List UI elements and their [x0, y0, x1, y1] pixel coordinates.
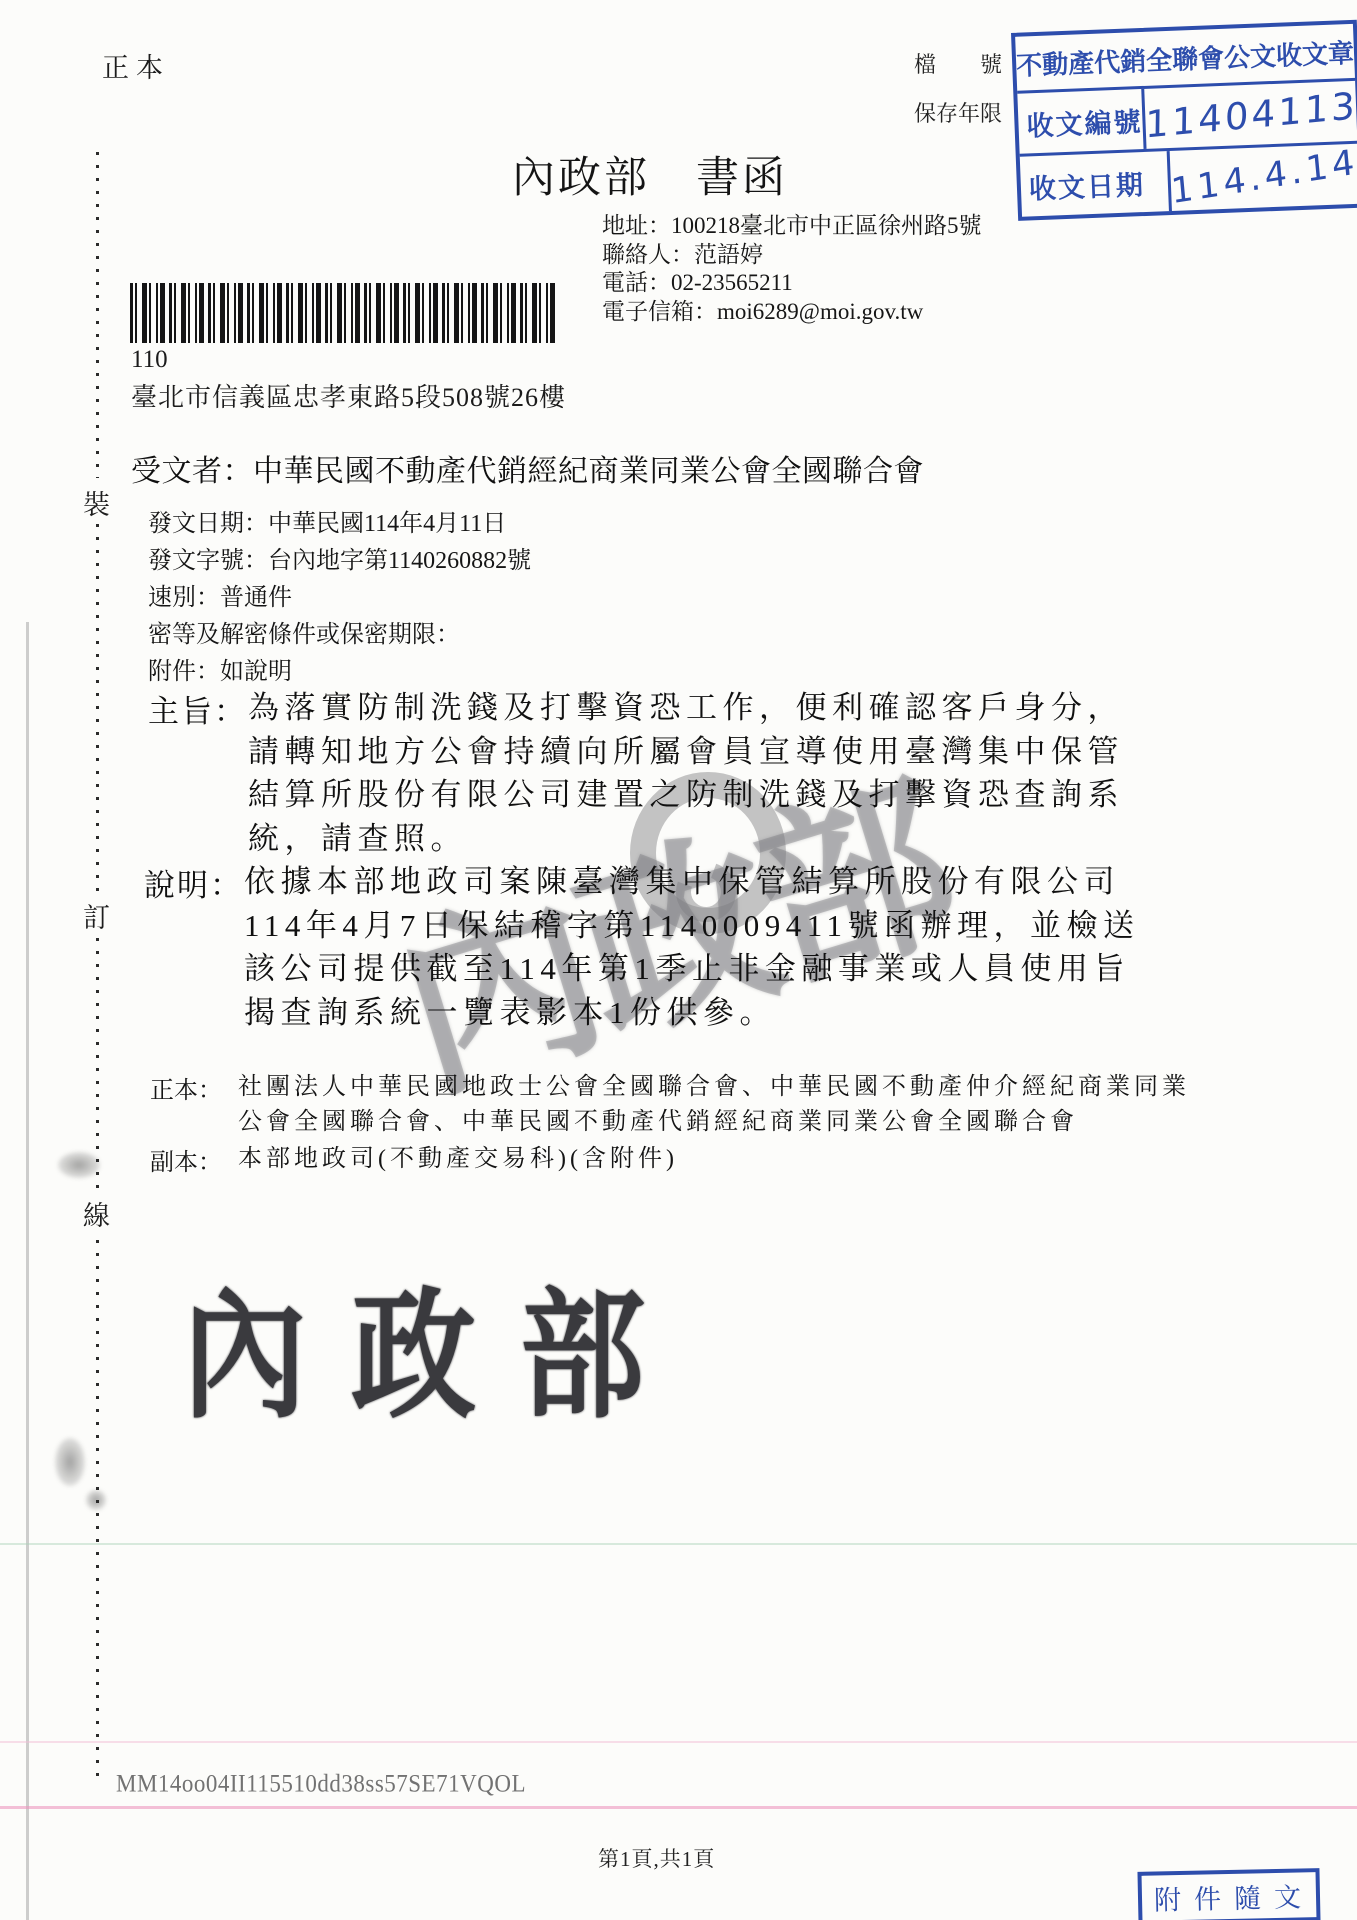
sender-contact: 聯絡人：范語婷 [602, 241, 982, 270]
barcode-number: 110 [131, 346, 168, 374]
binding-mark-zhuang: 裝 [83, 483, 110, 522]
security-line: 密等及解密條件或保密期限： [148, 617, 531, 654]
retention-period-label: 保存年限 [914, 89, 1002, 138]
archive-labels: 檔 號 保存年限 [914, 40, 1002, 138]
issue-number-line: 發文字號：台內地字第1140260882號 [148, 543, 531, 580]
cc-line: 本部地政司(不動產交易科)(含附件) [238, 1142, 678, 1177]
scan-smudge [58, 1152, 100, 1178]
file-number-label: 檔 號 [914, 40, 1002, 89]
scan-vertical-line [26, 622, 29, 1920]
cc-recipients-row: 副本： 本部地政司(不動產交易科)(含附件) [150, 1142, 1190, 1177]
sender-address: 地址：100218臺北市中正區徐州路5號 [602, 212, 982, 241]
copy-label: 正本 [102, 46, 170, 85]
original-recipients-row: 正本： 社團法人中華民國地政士公會全國聯合會、中華民國不動產仲介經紀商業同業 公… [150, 1070, 1190, 1139]
original-recipients: 社團法人中華民國地政士公會全國聯合會、中華民國不動產仲介經紀商業同業 公會全國聯… [238, 1070, 1190, 1139]
binding-dotted-line [96, 1240, 99, 1780]
subject-paragraph: 主旨： 為落實防制洗錢及打擊資恐工作，便利確認客戶身分， 請轉知地方公會持續向所… [148, 686, 1163, 860]
document-title: 內政部 書函 [512, 144, 788, 205]
subject-label: 主旨： [148, 686, 248, 860]
subject-line: 為落實防制洗錢及打擊資恐工作，便利確認客戶身分， [248, 686, 1163, 730]
original-line: 公會全國聯合會、中華民國不動產代銷經紀商業同業公會全國聯合會 [238, 1105, 1190, 1140]
scan-horizontal-line [0, 1806, 1357, 1809]
sender-phone: 電話：02-23565211 [602, 269, 982, 298]
binding-dotted-line [96, 938, 99, 1190]
issue-date-line: 發文日期：中華民國114年4月11日 [148, 506, 531, 543]
cc-recipients: 本部地政司(不動產交易科)(含附件) [238, 1142, 678, 1177]
binding-mark-ding: 訂 [83, 896, 110, 935]
cc-label: 副本： [150, 1142, 238, 1177]
page-indicator: 第1頁,共1頁 [598, 1843, 715, 1873]
subject-line: 結算所股份有限公司建置之防制洗錢及打擊資恐查詢系 [248, 773, 1163, 817]
sender-info: 地址：100218臺北市中正區徐州路5號 聯絡人：范語婷 電話：02-23565… [602, 212, 982, 326]
subject-text: 為落實防制洗錢及打擊資恐工作，便利確認客戶身分， 請轉知地方公會持續向所屬會員宣… [248, 686, 1163, 860]
explanation-paragraph: 說明： 依據本部地政司案陳臺灣集中保管結算所股份有限公司 114年4月7日保結稽… [144, 860, 1159, 1034]
recipient-line: 受文者：中華民國不動產代銷經紀商業同業公會全國聯合會 [131, 446, 924, 490]
barcode [130, 283, 558, 343]
receipt-number-label: 收文編號 [1017, 89, 1146, 154]
scan-horizontal-line [0, 1543, 1357, 1545]
receipt-number-value: 11404113 [1145, 84, 1357, 146]
receipt-stamp: 不動產代銷全聯會公文收文章 收文編號 11404113 收文日期 114.4.1… [1011, 20, 1357, 221]
original-line: 社團法人中華民國地政士公會全國聯合會、中華民國不動產仲介經紀商業同業 [238, 1070, 1190, 1105]
binding-dotted-line [96, 524, 99, 892]
receipt-date-value: 114.4.14 [1169, 143, 1357, 213]
document-meta: 發文日期：中華民國114年4月11日 發文字號：台內地字第1140260882號… [148, 506, 531, 691]
attachment-stamp: 附件隨文 [1137, 1868, 1320, 1920]
scanned-official-letter: 內政部 正本 檔 號 保存年限 不動產代銷全聯會公文收文章 收文編號 11404… [0, 0, 1357, 1920]
explanation-text: 依據本部地政司案陳臺灣集中保管結算所股份有限公司 114年4月7日保結稽字第11… [244, 860, 1159, 1034]
scan-smudge [55, 1438, 85, 1486]
subject-line: 請轉知地方公會持續向所屬會員宣導使用臺灣集中保管 [248, 730, 1163, 774]
speed-line: 速別：普通件 [148, 580, 531, 617]
explanation-label: 說明： [144, 860, 244, 1034]
scan-horizontal-line [0, 1741, 1357, 1743]
binding-dotted-line [96, 152, 99, 478]
receipt-date-label: 收文日期 [1020, 151, 1172, 217]
explanation-line: 依據本部地政司案陳臺灣集中保管結算所股份有限公司 [244, 860, 1159, 904]
distribution-block: 正本： 社團法人中華民國地政士公會全國聯合會、中華民國不動產仲介經紀商業同業 公… [150, 1070, 1190, 1177]
binding-mark-xian: 線 [83, 1194, 110, 1233]
document-code: MM14oo04II115510dd38ss57SE71VQOL [116, 1770, 526, 1798]
explanation-line: 該公司提供截至114年第1季止非金融事業或人員使用旨 [244, 947, 1159, 991]
agency-seal-text: 內政部 [182, 1243, 689, 1445]
sender-email: 電子信箱：moi6289@moi.gov.tw [602, 298, 982, 327]
explanation-line: 揭查詢系統一覽表影本1份供參。 [244, 991, 1159, 1035]
original-label: 正本： [150, 1070, 238, 1139]
receipt-date-row: 收文日期 114.4.14 [1020, 141, 1357, 217]
subject-line: 統，請查照。 [248, 817, 1163, 861]
delivery-address: 臺北市信義區忠孝東路5段508號26樓 [131, 377, 566, 414]
explanation-line: 114年4月7日保結稽字第1140009411號函辦理，並檢送 [244, 904, 1159, 948]
